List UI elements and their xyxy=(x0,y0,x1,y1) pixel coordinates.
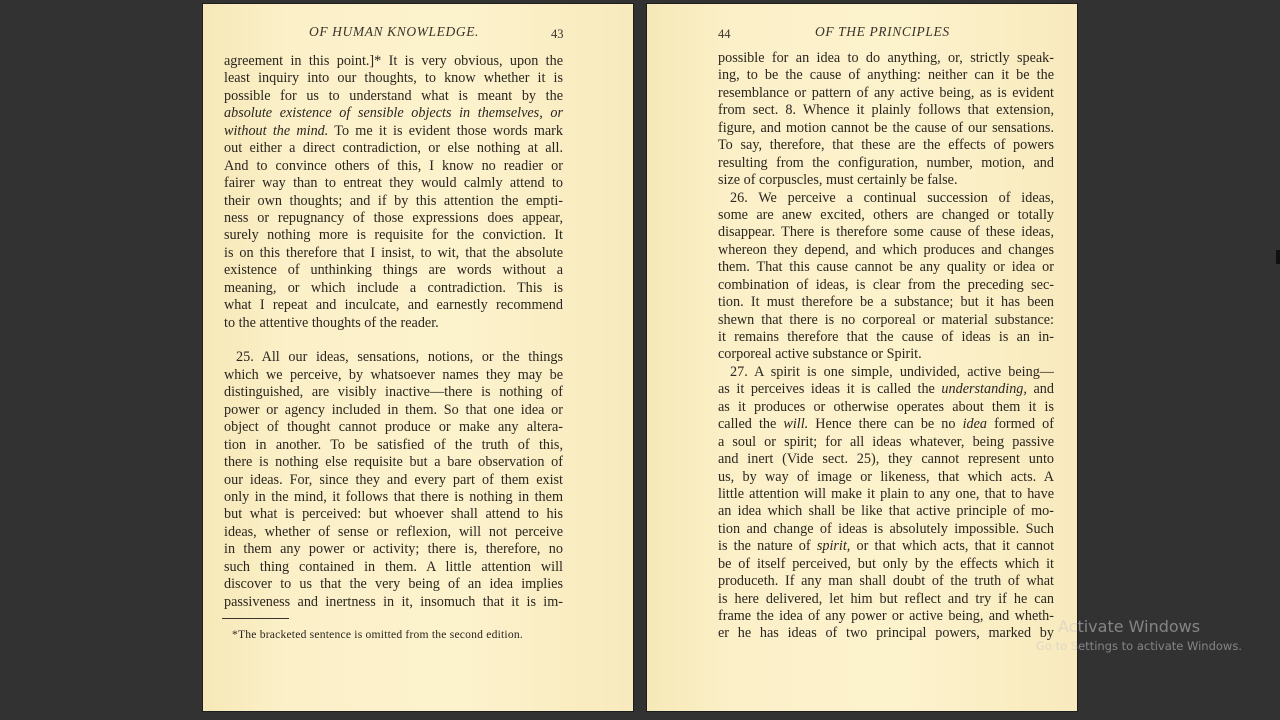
text-line: frame the idea of any power or active be… xyxy=(718,608,1054,625)
text-line: least inquiry into our thoughts, to know… xyxy=(224,70,563,87)
footnote-divider xyxy=(222,618,289,619)
text-line: resulting from the configuration, number… xyxy=(718,155,1054,172)
italic-phrase: spirit, xyxy=(817,538,851,554)
text-line: without the mind. To me it is evident th… xyxy=(224,123,563,140)
text-line: possible for an idea to do anything, or,… xyxy=(718,50,1054,67)
text-line: little attention will make it plain to a… xyxy=(718,486,1054,503)
text-line: is on this therefore that I insist, to w… xyxy=(224,245,563,262)
text-line: discover to us that the very being of an… xyxy=(224,576,563,593)
italic-phrase: idea xyxy=(963,416,987,432)
footnote: *The bracketed sentence is omitted from … xyxy=(232,628,523,641)
text-line: tion and change of ideas is absolutely i… xyxy=(718,521,1054,538)
text-line: our ideas. For, since they and every par… xyxy=(224,472,563,489)
text-line: them. That this cause cannot be any qual… xyxy=(718,259,1054,276)
text-line: fairer way than to entreat they would ca… xyxy=(224,175,563,192)
text-line: is the nature of spirit, or that which a… xyxy=(718,538,1054,555)
text-line: And to convince others of this, I know n… xyxy=(224,158,563,175)
running-head: OF HUMAN KNOWLEDGE. xyxy=(309,24,479,40)
page-body: agreement in this point.]* It is very ob… xyxy=(224,53,563,611)
text-line: such thing contained in them. A little a… xyxy=(224,559,563,576)
text-line: tion. It must therefore be a substance; … xyxy=(718,294,1054,311)
document-viewer: OF HUMAN KNOWLEDGE. 43 agreement in this… xyxy=(0,0,1280,720)
text-line: only in the mind, it follows that there … xyxy=(224,489,563,506)
italic-phrase: without the mind. xyxy=(224,123,328,139)
text-line: meaning, or which include a contradictio… xyxy=(224,280,563,297)
text-line: from sect. 8. Whence it plainly follows … xyxy=(718,102,1054,119)
text-line: produceth. If any man shall doubt of the… xyxy=(718,573,1054,590)
text-line: which we perceive, by whatsoever names t… xyxy=(224,367,563,384)
paragraph-gap xyxy=(224,332,563,349)
text-line: shewn that there is no corporeal or mate… xyxy=(718,312,1054,329)
text-line: but what is perceived: but whoever shall… xyxy=(224,506,563,523)
text-line: their own thoughts; and if by this atten… xyxy=(224,193,563,210)
text-line: resemblance or pattern of any active bei… xyxy=(718,85,1054,102)
text-line: called the will. Hence there can be no i… xyxy=(718,416,1054,433)
text-line: is here delivered, let him but reflect a… xyxy=(718,591,1054,608)
text-line: ness or repugnancy of those expressions … xyxy=(224,210,563,227)
text-line: To say, therefore, that these are the ef… xyxy=(718,137,1054,154)
text-line: it remains therefore that the cause of i… xyxy=(718,329,1054,346)
page-44: 44 OF THE PRINCIPLES possible for an ide… xyxy=(647,4,1077,711)
text-line: as it produces or otherwise operates abo… xyxy=(718,399,1054,416)
page-43: OF HUMAN KNOWLEDGE. 43 agreement in this… xyxy=(203,4,633,711)
page-number: 43 xyxy=(551,27,564,42)
section-25-start: 25. All our ideas, sensations, notions, … xyxy=(224,349,563,366)
page-number: 44 xyxy=(718,27,731,42)
edge-scroll-marker xyxy=(1276,250,1280,264)
text-line: figure, and motion cannot be the cause o… xyxy=(718,120,1054,137)
text-line: disappear. There is therefore some cause… xyxy=(718,224,1054,241)
text-line: and inert (Vide sect. 25), they cannot r… xyxy=(718,451,1054,468)
text-line: there is nothing else requisite but a ba… xyxy=(224,454,563,471)
text-line: some are anew excited, others are change… xyxy=(718,207,1054,224)
text-line: power or agency included in them. So tha… xyxy=(224,402,563,419)
text-line: corporeal active substance or Spirit. xyxy=(718,346,1054,363)
text-line: existence of unthinking things are words… xyxy=(224,262,563,279)
text-line: out either a direct contradiction, or el… xyxy=(224,140,563,157)
text-line: possible for us to understand what is me… xyxy=(224,88,563,105)
text-line: what I repeat and inculcate, and earnest… xyxy=(224,297,563,314)
text-line: object of thought cannot produce or make… xyxy=(224,419,563,436)
italic-phrase: will. xyxy=(783,416,808,432)
text-line: ing, to be the cause of anything: neithe… xyxy=(718,67,1054,84)
text-line: distinguished, are visibly inactive—ther… xyxy=(224,384,563,401)
text-line: tion in another. To be satisfied of the … xyxy=(224,437,563,454)
text-line: size of corpuscles, must certainly be fa… xyxy=(718,172,1054,189)
text-line: us, by way of image or likeness, that wh… xyxy=(718,469,1054,486)
section-27-start: 27. A spirit is one simple, undivided, a… xyxy=(718,364,1054,381)
text-line: an idea which shall be like that active … xyxy=(718,503,1054,520)
text-line: whereon they depend, and which produces … xyxy=(718,242,1054,259)
page-body: possible for an idea to do anything, or,… xyxy=(718,50,1054,643)
text-line: er he has ideas of two principal powers,… xyxy=(718,625,1054,642)
running-head: OF THE PRINCIPLES xyxy=(815,24,950,40)
text-line: passiveness and inertness in it, insomuc… xyxy=(224,594,563,611)
watermark-title: Activate Windows xyxy=(1058,617,1242,636)
text-line: a soul or spirit; for all ideas whatever… xyxy=(718,434,1054,451)
text-line: surely nothing more is requisite for the… xyxy=(224,227,563,244)
text-line-italic: absolute existence of sensible objects i… xyxy=(224,105,563,122)
text-line: agreement in this point.]* It is very ob… xyxy=(224,53,563,70)
section-26-start: 26. We perceive a continual succession o… xyxy=(718,190,1054,207)
text-line: as it perceives ideas it is called the u… xyxy=(718,381,1054,398)
text-line: in them any power or activity; there is,… xyxy=(224,541,563,558)
text-line: be of itself perceived, but only by the … xyxy=(718,556,1054,573)
text-line: to the attentive thoughts of the reader. xyxy=(224,315,563,332)
text-line: ideas, whether of sense or reflexion, wi… xyxy=(224,524,563,541)
italic-phrase: understanding, xyxy=(941,381,1027,397)
text-line: combination of ideas, is clear from the … xyxy=(718,277,1054,294)
